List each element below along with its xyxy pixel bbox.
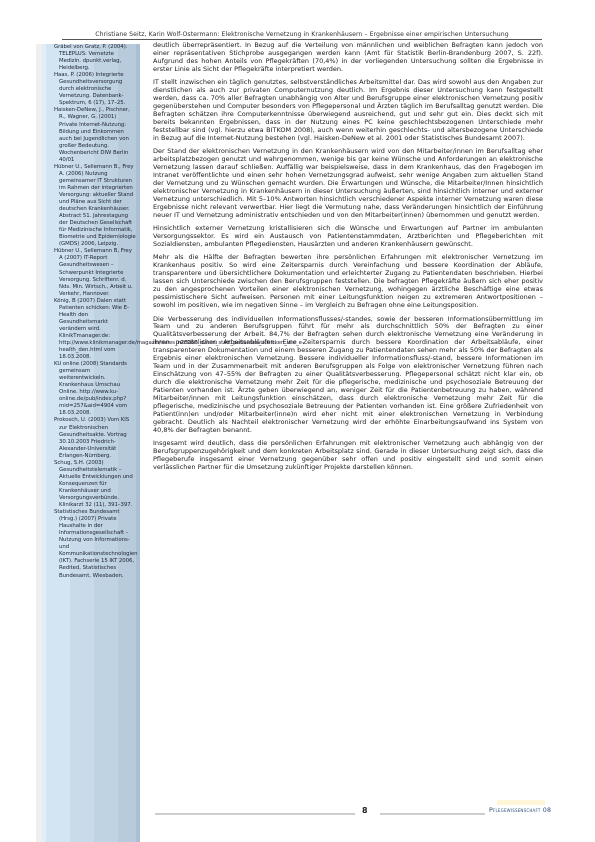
main-text: deutlich überrepräsentiert. In Bezug auf… <box>153 42 543 477</box>
reference-item: König, B (2007) Dalen statt Patienten sc… <box>54 298 136 361</box>
journal-name: Pflegewissenschaft 08 <box>489 807 551 814</box>
running-header: Christiane Seitz, Karin Wolf-Ostermann: … <box>62 31 542 40</box>
body-paragraph: IT stellt inzwischen ein täglich genutzt… <box>153 79 543 143</box>
journal-accent-bar <box>497 800 545 805</box>
reference-item: Gräbel von Gratz, P. (2004). TELEPLUS: V… <box>54 44 136 72</box>
body-paragraph: Hinsichtlich externer Vernetzung kristal… <box>153 225 543 249</box>
references-sidebar: Gräbel von Gratz, P. (2004). TELEPLUS: V… <box>36 44 140 842</box>
body-paragraph: Insgesamt wird deutlich, dass die persön… <box>153 440 543 472</box>
body-paragraph: Mehr als die Hälfte der Befragten bewert… <box>153 254 543 310</box>
page-number: 8 <box>362 806 368 815</box>
reference-item: Prokosch, U. (2003) Vom KIS zur Elektron… <box>54 417 136 459</box>
reference-list: Gräbel von Gratz, P. (2004). TELEPLUS: V… <box>54 44 136 580</box>
reference-item: Haas, P. (2006) Integrierte Gesundheitsv… <box>54 72 136 107</box>
reference-item: KU online (2008) Standards gemeinsam wei… <box>54 361 136 417</box>
reference-item: Hübner U., Sellemann B., Frey A. (2006) … <box>54 164 136 249</box>
reference-item: Statistisches Bundesamt (Hrsg.) (2007) P… <box>54 509 136 579</box>
body-paragraph: deutlich überrepräsentiert. In Bezug auf… <box>153 42 543 74</box>
body-paragraph: Die Verbesserung des individuellen Infor… <box>153 316 543 435</box>
reference-item: Schug, S.H. (2003) Gesundheitstelematik … <box>54 460 136 509</box>
footer-rule-left <box>155 813 355 815</box>
body-paragraph: Der Stand der elektronischen Vernetzung … <box>153 148 543 220</box>
footer-rule-right <box>380 813 485 815</box>
reference-item: Haisken-DeNew, J., Pischner, R., Wagner,… <box>54 107 136 163</box>
reference-item: Hübner U., Sellemann B, Frey A (2007) IT… <box>54 248 136 297</box>
